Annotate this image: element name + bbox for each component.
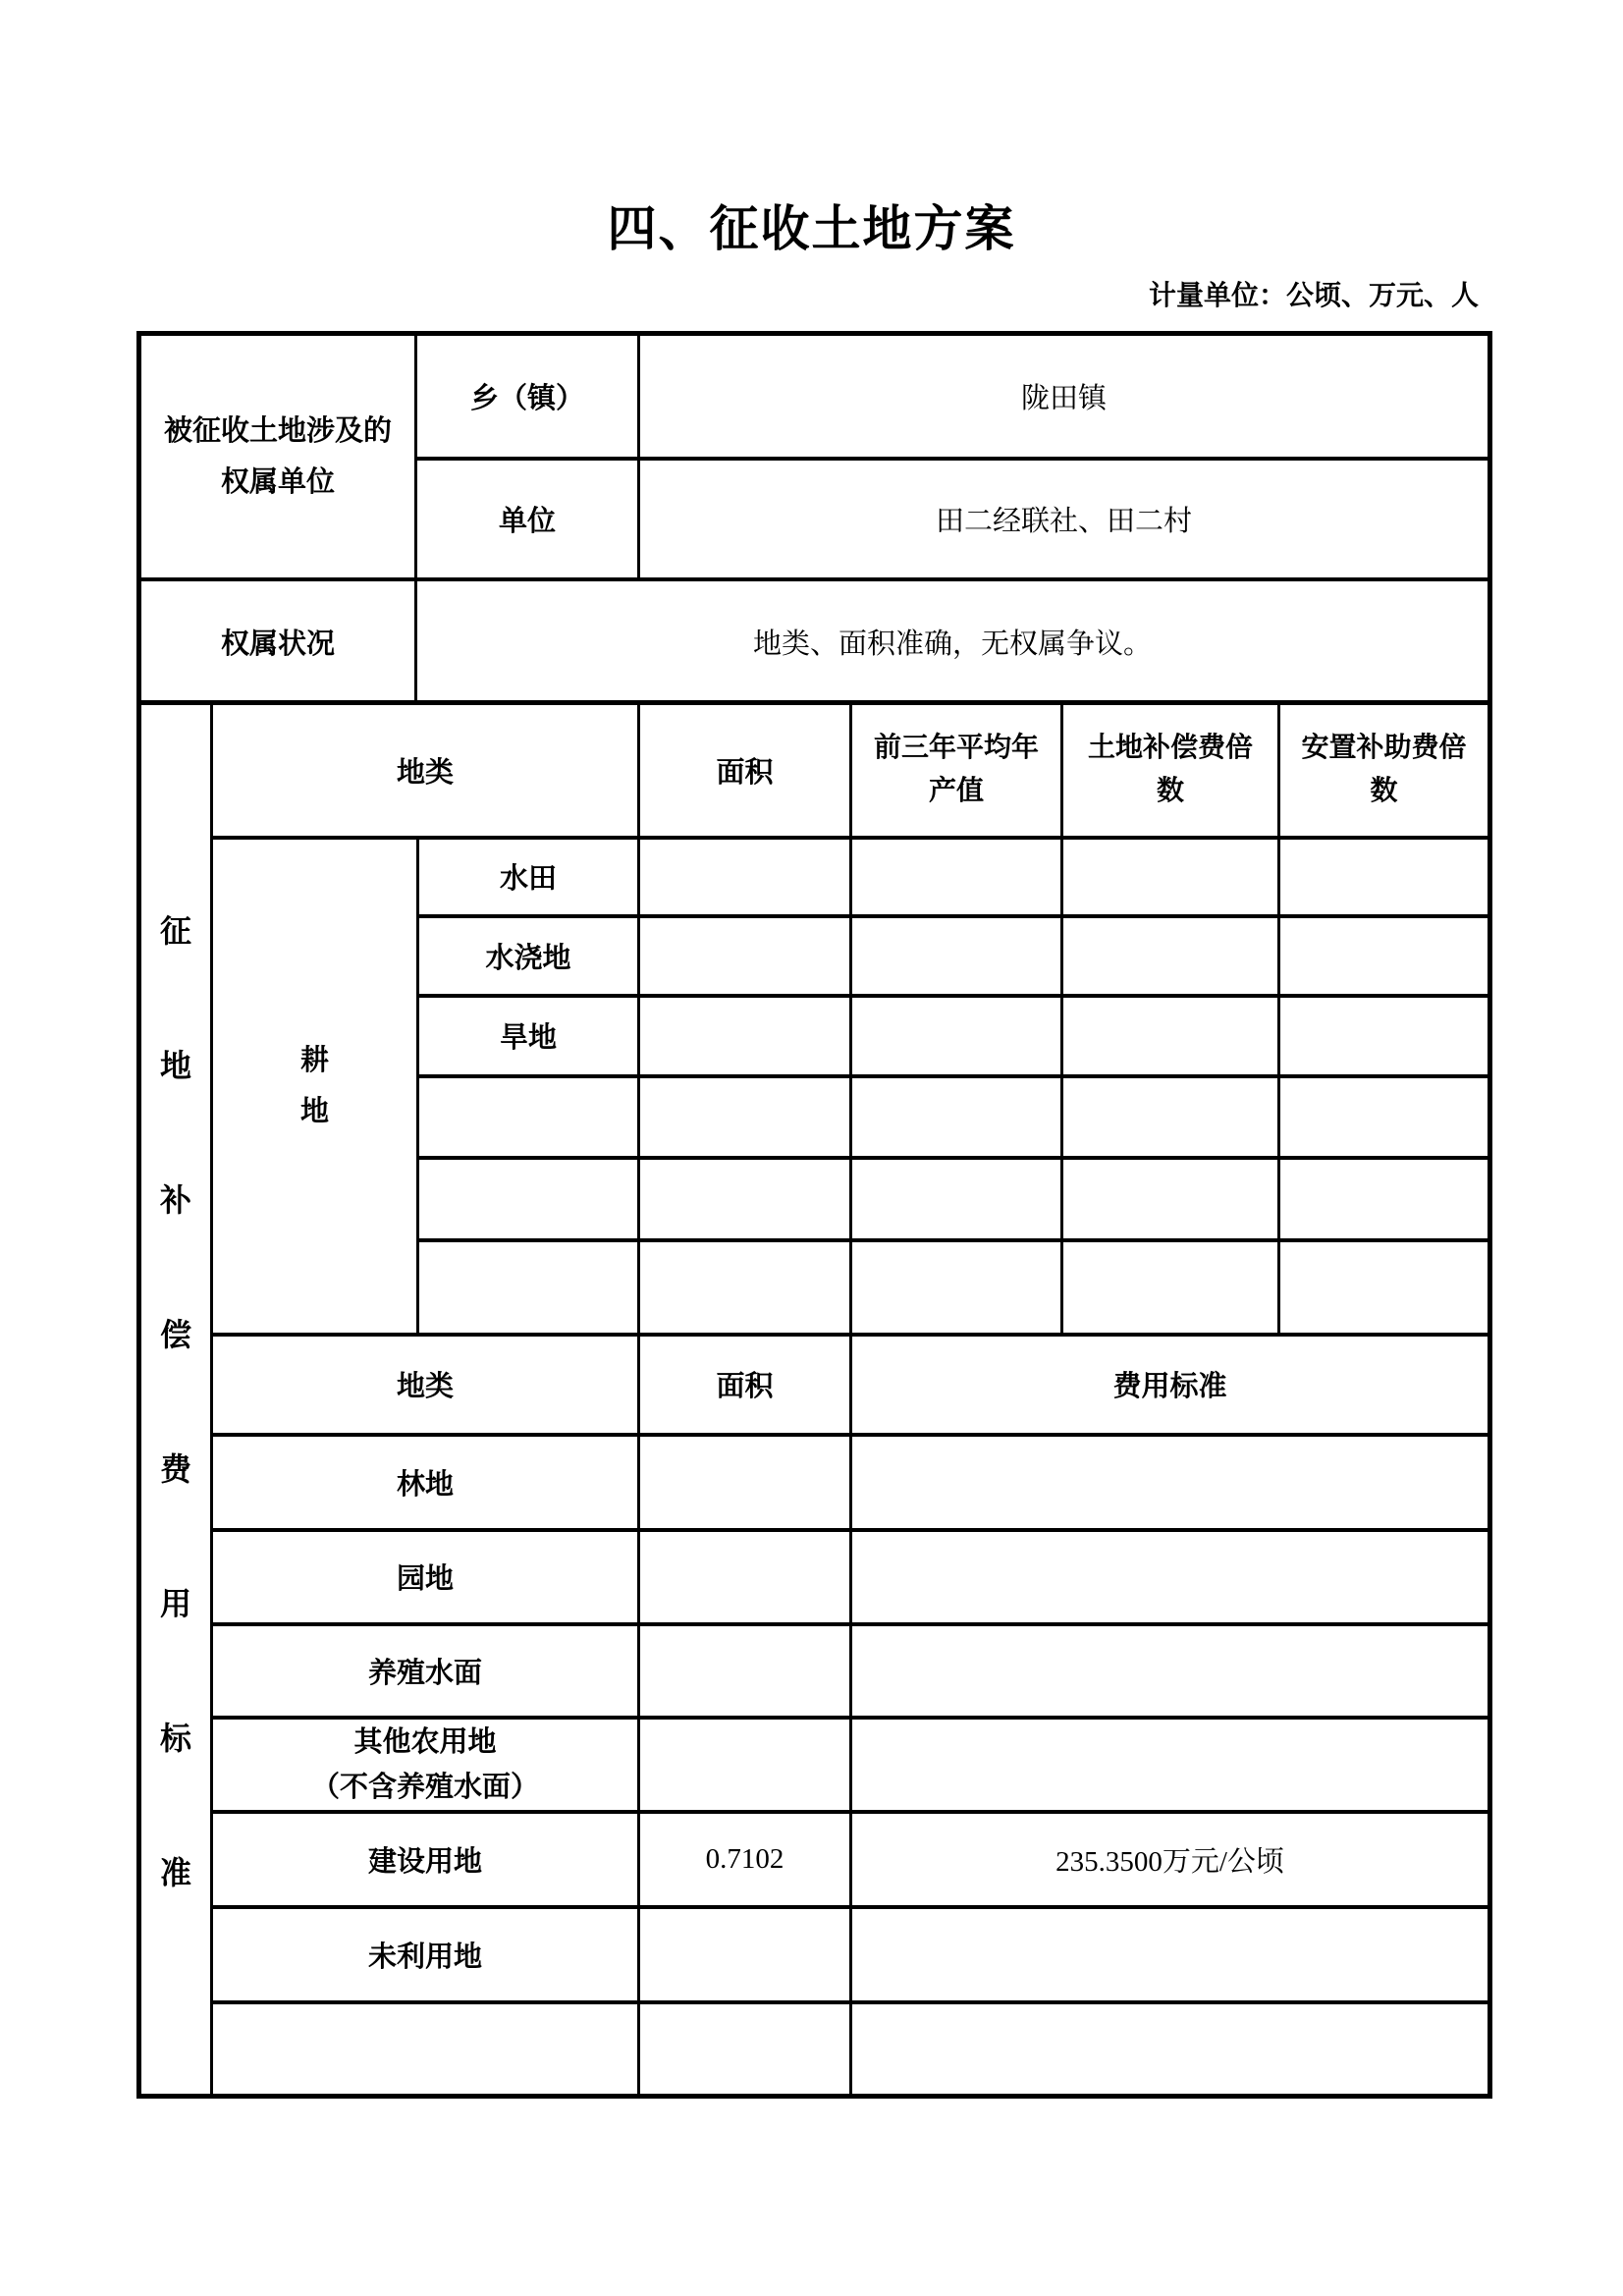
other-agri-fee-cell bbox=[851, 1718, 1490, 1812]
header-avg-output: 前三年平均年产值 bbox=[868, 727, 1045, 813]
header2-land-type-cell: 地类 bbox=[212, 1335, 639, 1435]
cultivated-extra-resettle-cell bbox=[1279, 1240, 1490, 1335]
extra-land-fee-cell bbox=[851, 2002, 1490, 2097]
aquaculture-label-cell: 养殖水面 bbox=[212, 1624, 639, 1718]
cultivated-extra-landcomp-cell bbox=[1062, 1076, 1279, 1158]
cultivated-extra-label-cell bbox=[418, 1076, 639, 1158]
other-agri-label-line2: （不含养殖水面） bbox=[213, 1765, 637, 1810]
aquaculture-area-cell bbox=[639, 1624, 851, 1718]
ownership-units-label: 被征收土地涉及的权属单位 bbox=[160, 406, 396, 508]
table-row: 养殖水面 bbox=[139, 1624, 1490, 1718]
extra-land-label-cell bbox=[212, 2002, 639, 2097]
dry-land-landcomp-cell bbox=[1062, 996, 1279, 1076]
header2-fee-standard-cell: 费用标准 bbox=[851, 1335, 1490, 1435]
cultivated-extra-landcomp-cell bbox=[1062, 1240, 1279, 1335]
dry-land-area-cell bbox=[639, 996, 851, 1076]
table-row: 园地 bbox=[139, 1530, 1490, 1624]
dry-land-label-cell: 旱地 bbox=[418, 996, 639, 1076]
header-resettlement: 安置补助费倍数 bbox=[1296, 727, 1473, 813]
side-label-char: 征 bbox=[160, 906, 191, 952]
aquaculture-fee-cell bbox=[851, 1624, 1490, 1718]
cultivated-extra-area-cell bbox=[639, 1240, 851, 1335]
table-row: 征地补偿费用标准 地类 面积 前三年平均年产值 土地补偿费倍数 安置补助费倍数 bbox=[139, 703, 1490, 838]
ownership-status-label-cell: 权属状况 bbox=[139, 579, 416, 703]
forest-land-area-cell bbox=[639, 1435, 851, 1530]
header-resettlement-cell: 安置补助费倍数 bbox=[1279, 703, 1490, 838]
table-row: 其他农用地 （不含养殖水面） bbox=[139, 1718, 1490, 1812]
cultivated-extra-resettle-cell bbox=[1279, 1158, 1490, 1240]
unused-land-area-cell bbox=[639, 1907, 851, 2002]
construction-land-label-cell: 建设用地 bbox=[212, 1812, 639, 1907]
construction-land-fee-cell: 235.3500万元/公顷 bbox=[851, 1812, 1490, 1907]
table-row: 未利用地 bbox=[139, 1907, 1490, 2002]
township-value-cell: 陇田镇 bbox=[639, 334, 1490, 459]
ownership-table: 被征收土地涉及的权属单位 乡（镇） 陇田镇 单位 田二经联社、田二村 权属状况 … bbox=[136, 331, 1492, 703]
forest-land-label-cell: 林地 bbox=[212, 1435, 639, 1530]
side-label-char: 标 bbox=[160, 1714, 191, 1759]
cultivated-extra-area-cell bbox=[639, 1158, 851, 1240]
other-agri-label-line1: 其他农用地 bbox=[213, 1720, 637, 1765]
irrigated-land-resettle-cell bbox=[1279, 916, 1490, 996]
cultivated-extra-label-cell bbox=[418, 1240, 639, 1335]
unused-land-label-cell: 未利用地 bbox=[212, 1907, 639, 2002]
unit-label-cell: 单位 bbox=[416, 459, 639, 579]
side-label-char: 地 bbox=[160, 1041, 191, 1086]
side-label-cell: 征地补偿费用标准 bbox=[139, 703, 212, 2097]
header-land-comp: 土地补偿费倍数 bbox=[1082, 727, 1259, 813]
cultivated-extra-label-cell bbox=[418, 1158, 639, 1240]
side-label-char: 偿 bbox=[160, 1310, 191, 1355]
table-row: 权属状况 地类、面积准确，无权属争议。 bbox=[139, 579, 1490, 703]
dry-land-output-cell bbox=[851, 996, 1062, 1076]
other-agri-area-cell bbox=[639, 1718, 851, 1812]
side-label-vertical: 征地补偿费用标准 bbox=[141, 710, 210, 2089]
cultivated-extra-output-cell bbox=[851, 1076, 1062, 1158]
irrigated-land-area-cell bbox=[639, 916, 851, 996]
unit-value-cell: 田二经联社、田二村 bbox=[639, 459, 1490, 579]
garden-land-fee-cell bbox=[851, 1530, 1490, 1624]
cultivated-extra-output-cell bbox=[851, 1240, 1062, 1335]
irrigated-land-landcomp-cell bbox=[1062, 916, 1279, 996]
paddy-field-output-cell bbox=[851, 838, 1062, 916]
table-row: 耕地 水田 bbox=[139, 838, 1490, 916]
ownership-status-value-cell: 地类、面积准确，无权属争议。 bbox=[416, 579, 1490, 703]
dry-land-resettle-cell bbox=[1279, 996, 1490, 1076]
table-row: 被征收土地涉及的权属单位 乡（镇） 陇田镇 bbox=[139, 334, 1490, 459]
irrigated-land-output-cell bbox=[851, 916, 1062, 996]
garden-land-area-cell bbox=[639, 1530, 851, 1624]
construction-land-area-cell: 0.7102 bbox=[639, 1812, 851, 1907]
township-label-cell: 乡（镇） bbox=[416, 334, 639, 459]
page-title: 四、征收土地方案 bbox=[0, 190, 1623, 260]
table-row: 林地 bbox=[139, 1435, 1490, 1530]
ownership-units-label-cell: 被征收土地涉及的权属单位 bbox=[139, 334, 416, 579]
other-agri-label-cell: 其他农用地 （不含养殖水面） bbox=[212, 1718, 639, 1812]
cultivated-extra-output-cell bbox=[851, 1158, 1062, 1240]
paddy-field-landcomp-cell bbox=[1062, 838, 1279, 916]
header-area-cell: 面积 bbox=[639, 703, 851, 838]
header-avg-output-cell: 前三年平均年产值 bbox=[851, 703, 1062, 838]
table-row: 建设用地 0.7102 235.3500万元/公顷 bbox=[139, 1812, 1490, 1907]
table-row bbox=[139, 2002, 1490, 2097]
page: { "page": { "title": "四、征收土地方案", "unit_n… bbox=[0, 0, 1623, 2296]
side-label-char: 用 bbox=[160, 1579, 191, 1624]
header-land-comp-cell: 土地补偿费倍数 bbox=[1062, 703, 1279, 838]
cultivated-label-cell: 耕地 bbox=[212, 838, 418, 1335]
cultivated-label: 耕地 bbox=[296, 1035, 335, 1137]
table-row: 地类 面积 费用标准 bbox=[139, 1335, 1490, 1435]
garden-land-label-cell: 园地 bbox=[212, 1530, 639, 1624]
unused-land-fee-cell bbox=[851, 1907, 1490, 2002]
cultivated-extra-landcomp-cell bbox=[1062, 1158, 1279, 1240]
side-label-char: 准 bbox=[160, 1848, 191, 1893]
header-land-type-cell: 地类 bbox=[212, 703, 639, 838]
side-label-char: 补 bbox=[160, 1175, 191, 1221]
side-label-char: 费 bbox=[160, 1445, 191, 1490]
paddy-field-area-cell bbox=[639, 838, 851, 916]
forest-land-fee-cell bbox=[851, 1435, 1490, 1530]
paddy-field-resettle-cell bbox=[1279, 838, 1490, 916]
measurement-unit-note: 计量单位：公顷、万元、人 bbox=[1149, 274, 1479, 313]
cultivated-extra-resettle-cell bbox=[1279, 1076, 1490, 1158]
irrigated-land-label-cell: 水浇地 bbox=[418, 916, 639, 996]
compensation-table: 征地补偿费用标准 地类 面积 前三年平均年产值 土地补偿费倍数 安置补助费倍数 … bbox=[136, 700, 1492, 2099]
header2-area-cell: 面积 bbox=[639, 1335, 851, 1435]
extra-land-area-cell bbox=[639, 2002, 851, 2097]
cultivated-extra-area-cell bbox=[639, 1076, 851, 1158]
paddy-field-label-cell: 水田 bbox=[418, 838, 639, 916]
